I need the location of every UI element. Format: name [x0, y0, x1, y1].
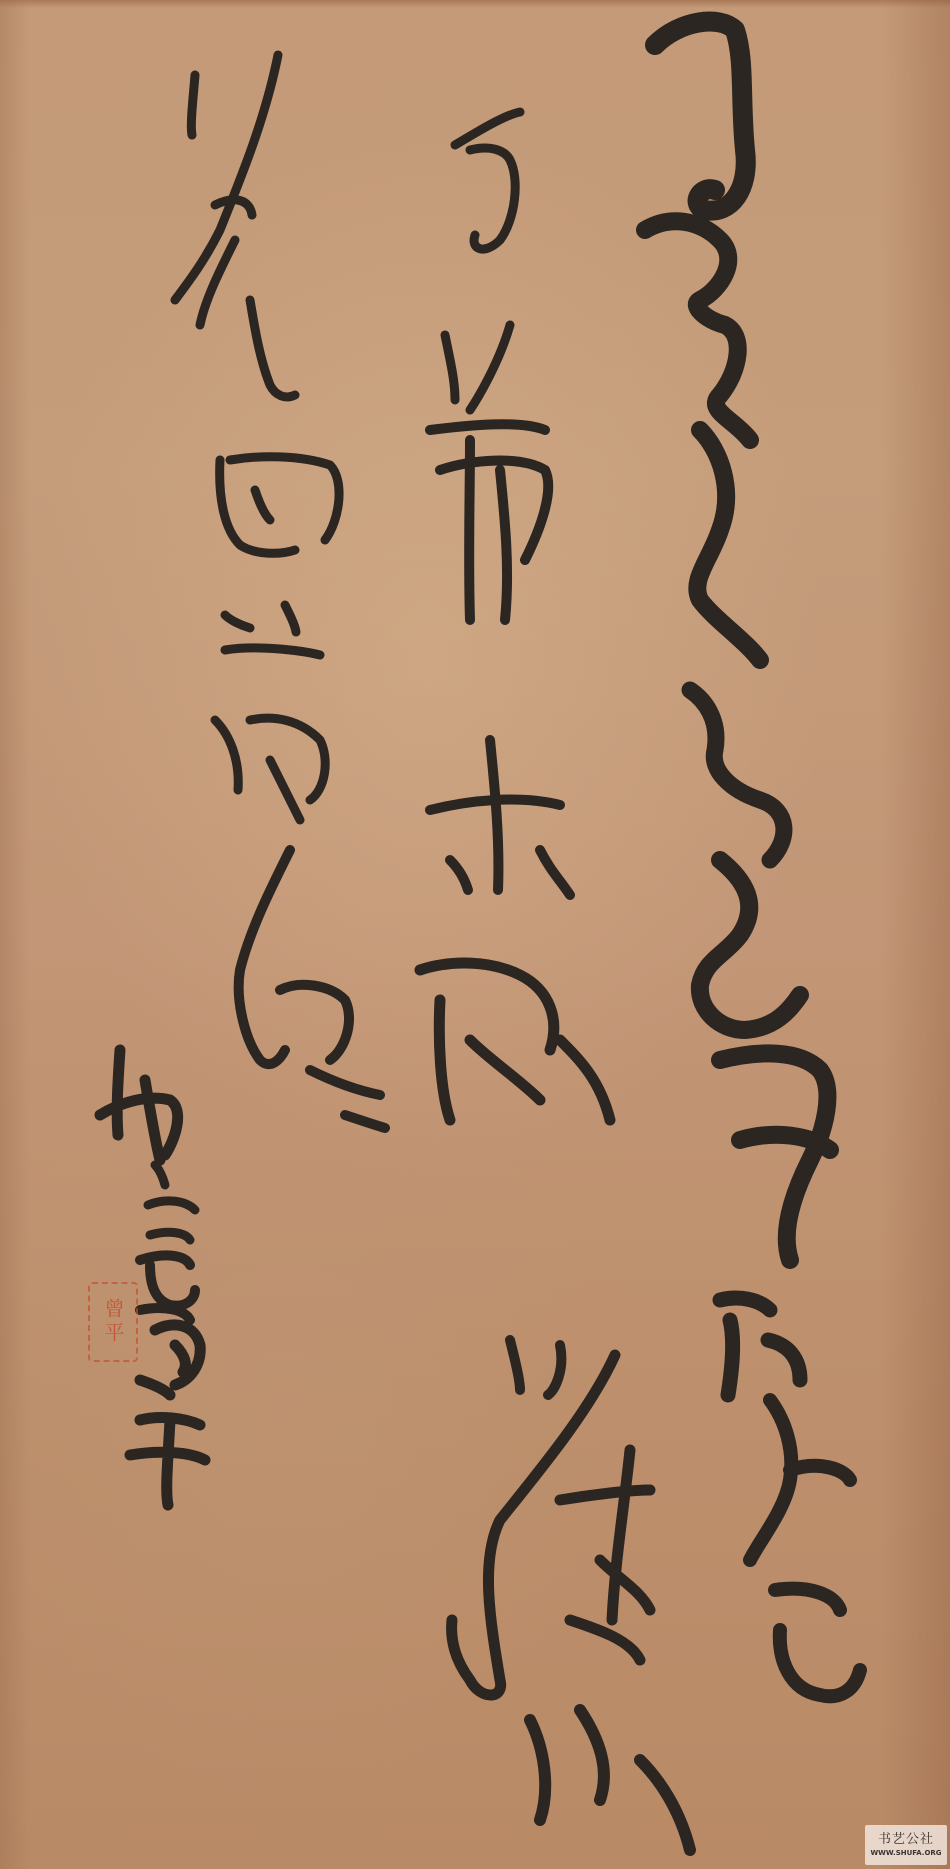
right-column-strokes: [645, 22, 860, 1697]
calligraphy-scroll: 曾平 书艺公社 WWW.SHUFA.ORG 風氣山雲隨意正 月以帶未深沙林 以花…: [0, 0, 950, 1869]
watermark-badge: 书艺公社 WWW.SHUFA.ORG: [865, 1825, 947, 1865]
artist-seal: 曾平: [88, 1282, 138, 1362]
watermark-brand: 书艺公社: [878, 1832, 934, 1848]
calligraphy-strokes: [0, 0, 950, 1869]
left-column-strokes: [175, 55, 385, 1128]
seal-text: 曾平: [100, 1298, 126, 1346]
inscription-strokes: [100, 1050, 205, 1505]
middle-column-strokes: [420, 112, 690, 1850]
watermark-url: WWW.SHUFA.ORG: [870, 1848, 941, 1858]
